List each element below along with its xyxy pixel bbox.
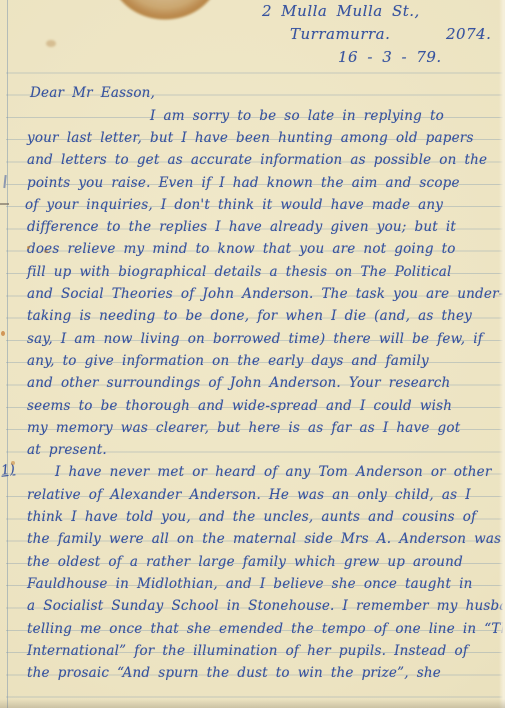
address-line-2: Turramurra. 2074. xyxy=(290,25,491,43)
letter-line: the family were all on the maternal side… xyxy=(0,528,505,548)
margin-dash-mark xyxy=(0,203,9,205)
letter-line: say, I am now living on borrowed time) t… xyxy=(0,328,505,348)
letter-line: telling me once that she emended the tem… xyxy=(0,618,505,638)
letter-line-text: any, to give information on the early da… xyxy=(27,352,429,371)
letter-line-text: I am sorry to be so late in replying to xyxy=(150,107,444,126)
letter-line-text: your last letter, but I have been huntin… xyxy=(27,129,474,148)
letter-line-text: say, I am now living on borrowed time) t… xyxy=(27,330,483,349)
letter-line-text: difference to the replies I have already… xyxy=(27,218,456,237)
letter-line-text: and Social Theories of John Anderson. Th… xyxy=(27,285,505,304)
paper-bottom-edge xyxy=(0,699,505,708)
letter-line: my memory was clearer, but here is as fa… xyxy=(0,417,505,437)
letter-line: International” for the illumination of h… xyxy=(0,640,505,660)
paper-speck xyxy=(44,250,48,253)
letter-line: fill up with biographical details a thes… xyxy=(0,261,505,281)
letter-line-text: I have never met or heard of any Tom And… xyxy=(55,463,492,482)
letter-line-text: seems to be thorough and wide-spread and… xyxy=(27,397,452,416)
paper-speck xyxy=(1,331,5,336)
letter-line-text: taking is needing to be done, for when I… xyxy=(27,307,472,326)
letter-line-text: relative of Alexander Anderson. He was a… xyxy=(27,486,471,505)
letter-page: 2 Mulla Mulla St., Turramurra. 2074. 16 … xyxy=(0,0,505,708)
letter-line-text: a Socialist Sunday School in Stonehouse.… xyxy=(27,597,505,616)
letter-line: of your inquiries, I don't think it woul… xyxy=(0,194,505,214)
paper-right-edge xyxy=(499,0,505,708)
paper-speck xyxy=(46,40,56,47)
letter-line-text: my memory was clearer, but here is as fa… xyxy=(27,419,460,438)
letter-line-text: and other surroundings of John Anderson.… xyxy=(27,374,450,393)
letter-line: any, to give information on the early da… xyxy=(0,350,505,370)
letter-line: and Social Theories of John Anderson. Th… xyxy=(0,283,505,303)
letter-line: does relieve my mind to know that you ar… xyxy=(0,238,505,258)
letter-line: a Socialist Sunday School in Stonehouse.… xyxy=(0,595,505,615)
letter-line: difference to the replies I have already… xyxy=(0,216,505,236)
letter-line: relative of Alexander Anderson. He was a… xyxy=(0,484,505,504)
letter-line-text: the oldest of a rather large family whic… xyxy=(27,553,463,572)
letter-line: and other surroundings of John Anderson.… xyxy=(0,372,505,392)
letter-line: at present. xyxy=(0,439,505,459)
letter-line: and letters to get as accurate informati… xyxy=(0,149,505,169)
letter-line: the prosaic “And spurn the dust to win t… xyxy=(0,662,505,682)
paper-speck xyxy=(27,246,30,249)
letter-line-text: fill up with biographical details a thes… xyxy=(27,263,452,282)
letter-line-text: and letters to get as accurate informati… xyxy=(27,151,487,170)
letter-line-text: the family were all on the maternal side… xyxy=(27,530,501,549)
letter-line-text: of your inquiries, I don't think it woul… xyxy=(25,196,443,215)
letter-line: 1)I have never met or heard of any Tom A… xyxy=(0,461,505,481)
margin-tick-mark xyxy=(3,174,6,187)
letter-line-text: Fauldhouse in Midlothian, and I believe … xyxy=(27,575,473,594)
letter-line: your last letter, but I have been huntin… xyxy=(0,127,505,147)
letter-line-text: telling me once that she emended the tem… xyxy=(27,620,505,639)
letter-line: the oldest of a rather large family whic… xyxy=(0,551,505,571)
letter-line: I am sorry to be so late in replying to xyxy=(0,105,505,125)
letter-line: taking is needing to be done, for when I… xyxy=(0,305,505,325)
address-line-1: 2 Mulla Mulla St., xyxy=(262,2,420,20)
letter-line-text: Dear Mr Easson, xyxy=(30,84,155,103)
letter-line: seems to be thorough and wide-spread and… xyxy=(0,395,505,415)
letter-line-text: does relieve my mind to know that you ar… xyxy=(27,240,456,259)
letter-date: 16 - 3 - 79. xyxy=(338,48,442,66)
letter-line-text: the prosaic “And spurn the dust to win t… xyxy=(27,664,441,683)
letter-line-text: think I have told you, and the uncles, a… xyxy=(27,508,476,527)
letter-line: Fauldhouse in Midlothian, and I believe … xyxy=(0,573,505,593)
letter-line: Dear Mr Easson, xyxy=(0,82,505,102)
cup-stain xyxy=(108,0,222,21)
letter-line: think I have told you, and the uncles, a… xyxy=(0,506,505,526)
letter-line: points you raise. Even if I had known th… xyxy=(0,172,505,192)
letter-line-text: points you raise. Even if I had known th… xyxy=(27,174,460,193)
letter-line-text: International” for the illumination of h… xyxy=(27,642,468,661)
paper-speck xyxy=(11,461,15,465)
letter-line-text: at present. xyxy=(27,441,107,460)
